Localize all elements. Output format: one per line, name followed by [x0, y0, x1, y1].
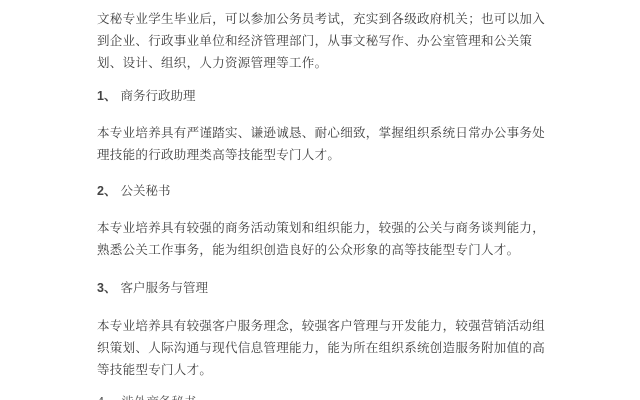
section-body-3: 本专业培养具有较强客户服务理念，较强客户管理与开发能力，较强营销活动组织策划、人…: [97, 315, 557, 381]
section-title: 公关秘书: [120, 183, 170, 198]
intro-paragraph: 文秘专业学生毕业后，可以参加公务员考试，充实到各级政府机关；也可以加入到企业、行…: [97, 8, 557, 74]
section-heading-3: 3、客户服务与管理: [97, 278, 208, 298]
section-title: 商务行政助理: [120, 88, 195, 103]
section-heading-1: 1、商务行政助理: [97, 86, 195, 106]
section-number: 2、: [97, 184, 116, 198]
cutoff-heading: 4、 涉外商务秘书: [97, 392, 196, 400]
section-body-1: 本专业培养具有严谨踏实、谦逊诚恳、耐心细致，掌握组织系统日常办公事务处理技能的行…: [97, 122, 557, 166]
section-title: 客户服务与管理: [120, 280, 208, 295]
document-page: 文秘专业学生毕业后，可以参加公务员考试，充实到各级政府机关；也可以加入到企业、行…: [0, 0, 640, 400]
section-body-2: 本专业培养具有较强的商务活动策划和组织能力，较强的公关与商务谈判能力，熟悉公关工…: [97, 217, 557, 261]
section-number: 1、: [97, 89, 116, 103]
section-number: 3、: [97, 281, 116, 295]
section-heading-2: 2、公关秘书: [97, 181, 170, 201]
